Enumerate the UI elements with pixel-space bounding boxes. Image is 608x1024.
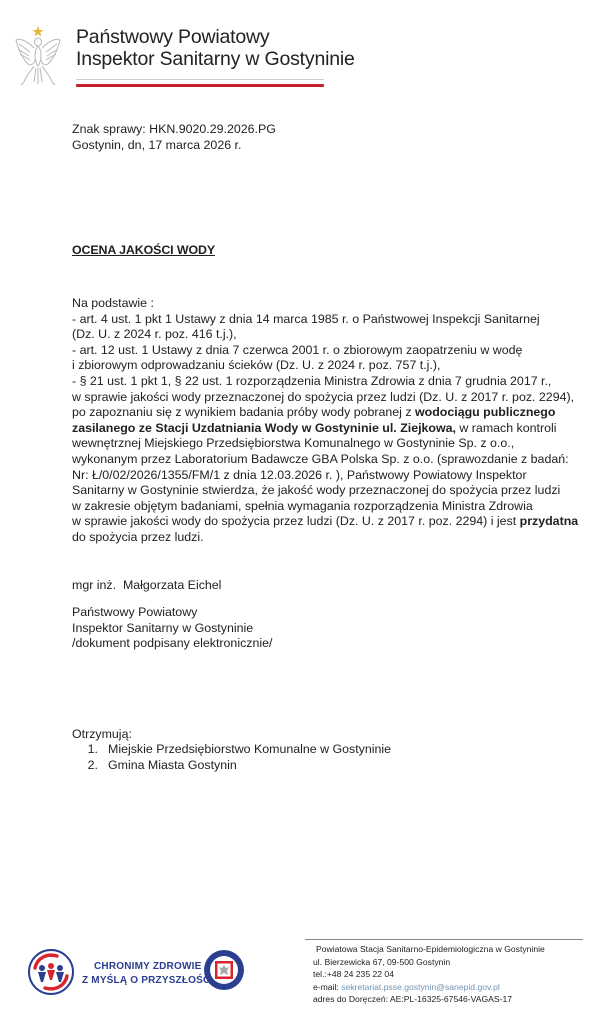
station-address: ul. Bierzewicka 67, 09-500 Gostynin: [313, 956, 545, 969]
institution-name: Państwowy Powiatowy Inspektor Sanitarny …: [76, 26, 355, 70]
institution-line-2: Inspektor Sanitarny w Gostyninie: [76, 48, 355, 70]
body-line: w sprawie jakości wody przeznaczonej do …: [72, 390, 602, 406]
water-station-bold: zasilanego ze Stacji Uzdatniania Wody w …: [72, 421, 456, 435]
body-line: po zapoznaniu się z wynikiem badania pró…: [72, 405, 602, 421]
body-line: Sanitarny w Gostyninie stwierdza, że jak…: [72, 483, 602, 499]
document-title: OCENA JAKOŚCI WODY: [72, 243, 215, 257]
chronimy-zdrowie-logo-icon: [27, 948, 75, 996]
body-line: zasilanego ze Stacji Uzdatniania Wody w …: [72, 421, 602, 437]
email-link[interactable]: sekretariat.psse.gostynin@sanepid.gov.pl: [341, 982, 500, 992]
case-reference: Znak sprawy: HKN.9020.29.2026.PG: [72, 122, 276, 138]
signature-note: /dokument podpisany elektronicznie/: [72, 636, 272, 652]
station-phone: tel.:+48 24 235 22 04: [313, 968, 545, 981]
body-line: - art. 12 ust. 1 Ustawy z dnia 7 czerwca…: [72, 343, 602, 359]
signer-title-2: Inspektor Sanitarny w Gostyninie: [72, 621, 272, 637]
station-email-line: e-mail: sekretariat.psse.gostynin@sanepi…: [313, 981, 545, 994]
list-number: 1.: [72, 742, 108, 758]
panstwowa-inspekcja-sanitarna-logo-icon: [203, 949, 245, 991]
body-line: do spożycia przez ludzi.: [72, 530, 602, 546]
body-line: (Dz. U. z 2024 r. poz. 416 t.j.),: [72, 327, 602, 343]
body-line: Nr: Ł/0/02/2026/1355/FM/1 z dnia 12.03.2…: [72, 468, 602, 484]
list-item: 2. Gmina Miasta Gostynin: [72, 758, 391, 774]
body-line: w sprawie jakości wody do spożycia przez…: [72, 514, 602, 530]
signer-name: mgr inż. Małgorzata Eichel: [72, 578, 221, 594]
station-name: Powiatowa Stacja Sanitarno-Epidemiologic…: [313, 943, 545, 956]
institution-line-1: Państwowy Powiatowy: [76, 26, 355, 48]
recipients-label: Otrzymują:: [72, 727, 132, 743]
list-number: 2.: [72, 758, 108, 774]
place-date: Gostynin, dn, 17 marca 2026 r.: [72, 138, 276, 154]
body-line: - art. 4 ust. 1 pkt 1 Ustawy z dnia 14 m…: [72, 312, 602, 328]
body-text: po zapoznaniu się z wynikiem badania pró…: [72, 405, 415, 419]
recipients-list: 1. Miejskie Przedsiębiorstwo Komunalne w…: [72, 742, 391, 773]
document-body: Na podstawie : - art. 4 ust. 1 pkt 1 Ust…: [72, 296, 602, 546]
recipient-name: Miejskie Przedsiębiorstwo Komunalne w Go…: [108, 742, 391, 758]
body-text: w sprawie jakości wody do spożycia przez…: [72, 514, 520, 528]
body-line: - § 21 ust. 1 pkt 1, § 22 ust. 1 rozporz…: [72, 374, 602, 390]
water-supply-bold: wodociągu publicznego: [415, 405, 555, 419]
body-line: Na podstawie :: [72, 296, 602, 312]
signature-block: Państwowy Powiatowy Inspektor Sanitarny …: [72, 605, 272, 652]
footer-divider: [305, 939, 583, 940]
body-line: wewnętrznej Miejskiego Przedsiębiorstwa …: [72, 436, 602, 452]
document-meta: Znak sprawy: HKN.9020.29.2026.PG Gostyni…: [72, 122, 276, 153]
body-line: i zbiorowym odprowadzaniu ścieków (Dz. U…: [72, 358, 602, 374]
recipient-name: Gmina Miasta Gostynin: [108, 758, 237, 774]
email-label: e-mail:: [313, 982, 341, 992]
list-item: 1. Miejskie Przedsiębiorstwo Komunalne w…: [72, 742, 391, 758]
body-text: w ramach kontroli: [456, 421, 557, 435]
campaign-slogan: CHRONIMY ZDROWIE Z MYŚLĄ O PRZYSZŁOŚCI: [82, 960, 213, 988]
header-divider-red: [76, 84, 324, 87]
signer-title-1: Państwowy Powiatowy: [72, 605, 272, 621]
header-divider-gray: [76, 79, 324, 80]
polish-eagle-emblem-icon: [14, 24, 62, 86]
station-contact-info: Powiatowa Stacja Sanitarno-Epidemiologic…: [313, 943, 545, 1006]
slogan-line-1: CHRONIMY ZDROWIE: [82, 960, 213, 974]
body-line: wykonanym przez Laboratorium Badawcze GB…: [72, 452, 602, 468]
delivery-address: adres do Doręczeń: AE:PL-16325-67546-VAG…: [313, 993, 545, 1006]
slogan-line-2: Z MYŚLĄ O PRZYSZŁOŚCI: [82, 974, 213, 988]
body-line: w zakresie objętym badaniami, spełnia wy…: [72, 499, 602, 515]
verdict-bold: przydatna: [520, 514, 579, 528]
